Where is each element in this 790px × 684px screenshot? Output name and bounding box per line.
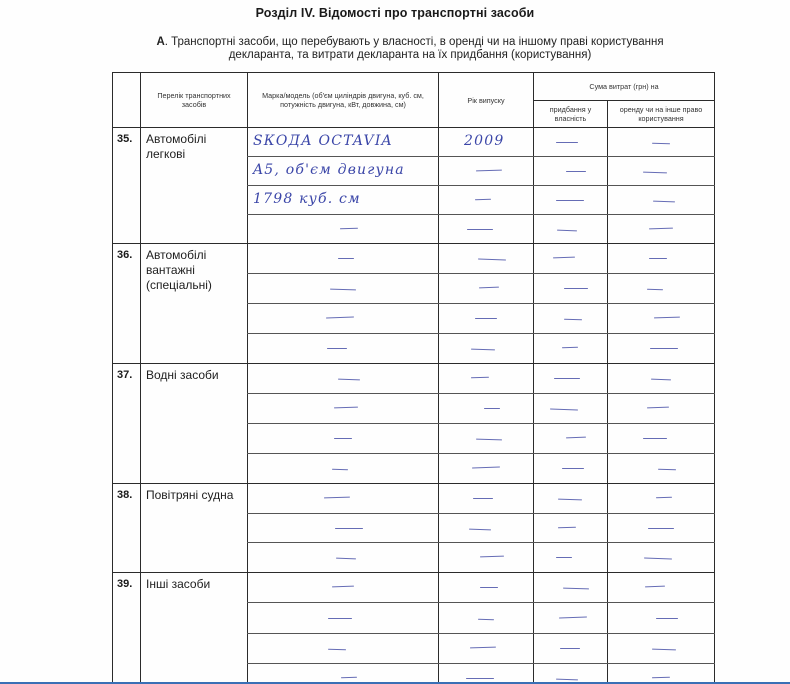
header-split-line <box>533 100 715 101</box>
handwritten-dash <box>550 409 578 411</box>
header-span-mask <box>607 73 608 100</box>
header-year: Рік випуску <box>439 73 533 127</box>
table-column-border <box>714 72 715 684</box>
handwritten-dash <box>475 199 491 201</box>
handwritten-dash <box>340 228 358 230</box>
handwritten-dash <box>645 586 665 588</box>
handwritten-dash <box>332 469 348 471</box>
vehicles-table: Перелік транспортних засобів Марка/модел… <box>0 0 790 684</box>
header-model: Марка/модель (об'єм циліндрів двигуна, к… <box>248 73 438 127</box>
row-category-label: Водні засоби <box>146 368 238 383</box>
handwritten-dash <box>553 257 575 259</box>
handwritten-dash <box>653 201 675 203</box>
sub-row-border <box>247 602 715 603</box>
sub-row-border <box>247 185 715 186</box>
handwritten-dash <box>338 258 354 259</box>
handwritten-model: A5, об'єм двигуна <box>253 162 405 178</box>
handwritten-dash <box>649 228 673 230</box>
group-border <box>112 483 715 484</box>
sub-row-border <box>247 453 715 454</box>
header-purchase: придбання у власність <box>534 101 607 127</box>
handwritten-dash <box>480 587 498 588</box>
row-category-label: Повітряні судна <box>146 488 238 503</box>
handwritten-year: 2009 <box>464 133 504 149</box>
sub-row-border <box>247 633 715 634</box>
table-column-border <box>140 72 141 684</box>
handwritten-dash <box>473 498 493 499</box>
table-top-border <box>112 72 715 73</box>
handwritten-dash <box>476 439 502 441</box>
table-column-border <box>112 72 113 684</box>
handwritten-dash <box>648 528 674 529</box>
handwritten-dash <box>332 586 354 588</box>
handwritten-model: ЅКОДА OCTAVIA <box>253 133 393 149</box>
handwritten-dash <box>326 317 354 319</box>
group-border <box>112 363 715 364</box>
handwritten-dash <box>564 288 588 289</box>
handwritten-dash <box>562 347 578 349</box>
handwritten-dash <box>334 407 358 409</box>
handwritten-dash <box>566 171 586 172</box>
handwritten-dash <box>478 619 494 621</box>
header-list: Перелік транспортних засобів <box>141 73 247 127</box>
handwritten-dash <box>562 468 584 469</box>
handwritten-dash <box>328 618 352 619</box>
handwritten-dash <box>338 379 360 381</box>
handwritten-dash <box>643 172 667 174</box>
handwritten-dash <box>564 319 582 321</box>
handwritten-dash <box>466 678 494 679</box>
handwritten-dash <box>647 407 669 409</box>
row-number: 36. <box>117 249 132 261</box>
group-border <box>112 572 715 573</box>
handwritten-dash <box>334 438 352 439</box>
header-rent: оренду чи на інше право користування <box>608 101 714 127</box>
handwritten-dash <box>469 529 491 531</box>
table-column-border <box>607 72 608 684</box>
group-border <box>112 243 715 244</box>
handwritten-dash <box>643 438 667 439</box>
handwritten-dash <box>484 408 500 409</box>
handwritten-dash <box>556 142 578 143</box>
handwritten-dash <box>471 377 489 379</box>
handwritten-dash <box>330 289 356 291</box>
row-number: 39. <box>117 578 132 590</box>
handwritten-dash <box>478 259 506 261</box>
handwritten-dash <box>563 588 589 590</box>
handwritten-dash <box>558 527 576 529</box>
handwritten-dash <box>647 289 663 291</box>
sub-row-border <box>247 542 715 543</box>
handwritten-dash <box>471 349 495 351</box>
handwritten-dash <box>652 143 670 145</box>
sub-row-border <box>247 513 715 514</box>
handwritten-dash <box>558 499 582 501</box>
handwritten-dash <box>651 379 671 381</box>
handwritten-dash <box>656 618 678 619</box>
sub-row-border <box>247 663 715 664</box>
row-category-label: Інші засоби <box>146 577 238 592</box>
handwritten-dash <box>566 437 586 439</box>
handwritten-dash <box>557 230 577 232</box>
table-column-border <box>438 72 439 684</box>
sub-row-border <box>247 393 715 394</box>
handwritten-dash <box>556 679 578 681</box>
handwritten-dash <box>479 287 499 289</box>
handwritten-dash <box>654 317 680 319</box>
handwritten-dash <box>652 649 676 651</box>
handwritten-dash <box>341 677 357 679</box>
handwritten-dash <box>559 617 587 619</box>
sub-row-border <box>247 273 715 274</box>
header-expenses: Сума витрат (грн) на <box>534 73 714 100</box>
handwritten-dash <box>650 348 678 349</box>
handwritten-dash <box>472 467 500 469</box>
sub-row-border <box>247 156 715 157</box>
sub-row-border <box>247 333 715 334</box>
handwritten-dash <box>656 497 672 499</box>
row-number: 35. <box>117 133 132 145</box>
sub-row-border <box>247 423 715 424</box>
handwritten-dash <box>658 469 676 471</box>
handwritten-dash <box>324 497 350 499</box>
handwritten-dash <box>328 649 346 651</box>
row-number: 37. <box>117 369 132 381</box>
handwritten-dash <box>335 528 363 529</box>
handwritten-model: 1798 куб. см <box>253 191 361 207</box>
scanned-document-page: Розділ IV. Відомості про транспортні зас… <box>0 0 790 684</box>
row-category-label: Автомобілі легкові <box>146 132 238 162</box>
table-column-border <box>533 72 534 684</box>
handwritten-dash <box>475 318 497 319</box>
handwritten-dash <box>652 677 670 679</box>
handwritten-dash <box>476 170 502 172</box>
group-border <box>112 127 715 128</box>
sub-row-border <box>247 214 715 215</box>
handwritten-dash <box>467 229 493 230</box>
row-category-label: Автомобілі вантажні (спеціальні) <box>146 248 238 293</box>
handwritten-dash <box>560 648 580 649</box>
sub-row-border <box>247 303 715 304</box>
handwritten-dash <box>470 647 496 649</box>
handwritten-dash <box>556 200 584 201</box>
handwritten-dash <box>480 556 504 558</box>
handwritten-dash <box>554 378 580 379</box>
handwritten-dash <box>649 258 667 259</box>
row-number: 38. <box>117 489 132 501</box>
handwritten-dash <box>644 558 672 560</box>
table-column-border <box>247 72 248 684</box>
handwritten-dash <box>336 558 356 560</box>
handwritten-dash <box>327 348 347 349</box>
handwritten-dash <box>556 557 572 558</box>
